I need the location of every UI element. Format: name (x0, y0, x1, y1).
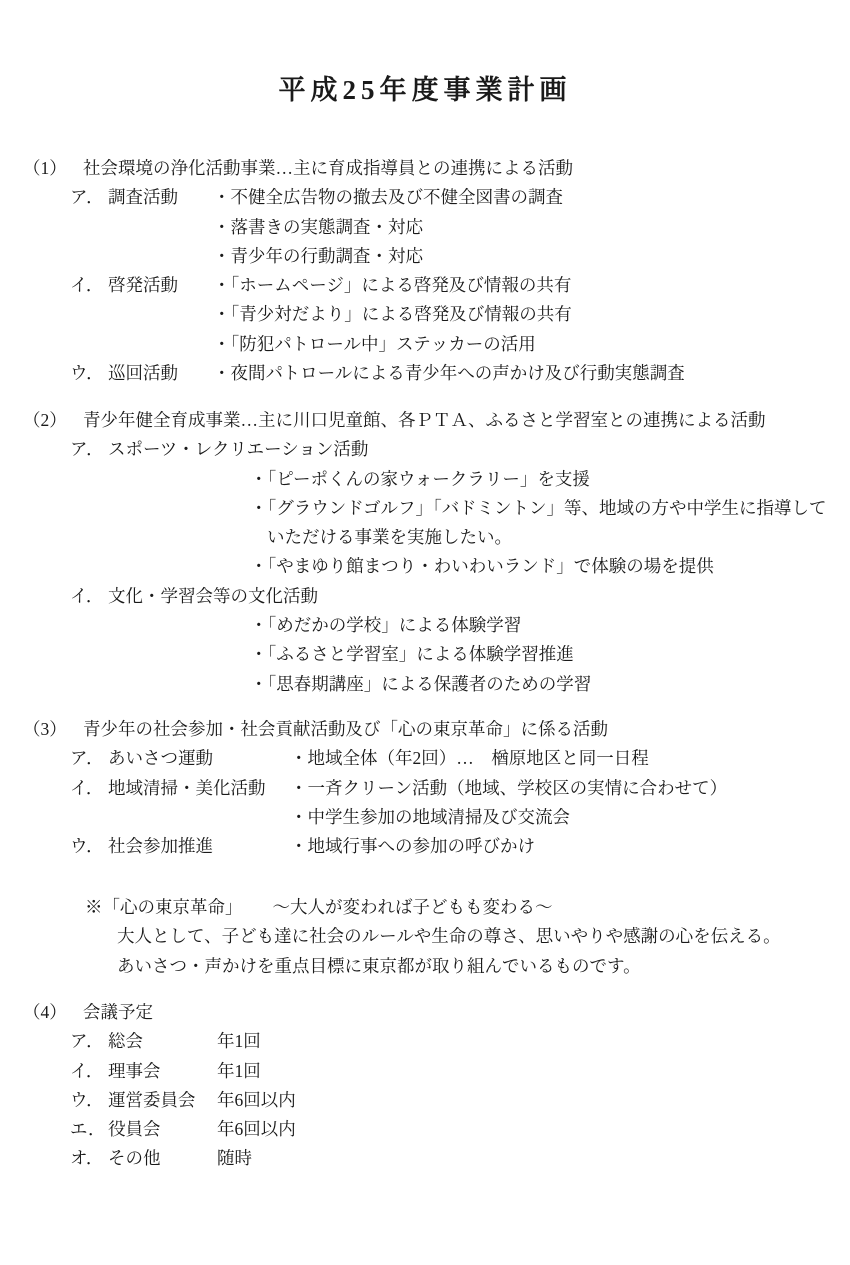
bullet-continuation: いただける事業を実施したい。 (267, 523, 850, 552)
list-item: ア． あいさつ運動 ・地域全体（年2回）… 楢原地区と同一日程 (70, 744, 850, 773)
meeting-frequency: 年6回以内 (217, 1115, 850, 1144)
bullet-item: ・「思春期講座」による保護者のための学習 (250, 670, 850, 699)
bullet-item: ・地域行事への参加の呼びかけ (290, 832, 850, 861)
item-kana: ア． (70, 183, 108, 212)
bullet-item: ・中学生参加の地域清掃及び交流会 (290, 803, 850, 832)
section-social-participation: （3） 青少年の社会参加・社会貢献活動及び「心の東京革命」に係る活動 ア． あい… (0, 715, 850, 861)
section-heading-line: （1） 社会環境の浄化活動事業…主に育成指導員との連携による活動 (0, 154, 850, 183)
list-item: イ． 地域清掃・美化活動 ・一斉クリーン活動（地域、学校区の実情に合わせて） ・… (70, 774, 850, 833)
item-label: 巡回活動 (108, 359, 213, 388)
page-title: 平成25年度事業計画 (0, 68, 850, 107)
list-item: ウ． 社会参加推進 ・地域行事への参加の呼びかけ (70, 832, 850, 861)
item-kana: ウ． (70, 359, 108, 388)
item-label: 調査活動 (108, 183, 213, 212)
item-label: 文化・学習会等の文化活動 (108, 582, 318, 611)
table-row: ウ． 運営委員会 年6回以内 (70, 1086, 850, 1115)
table-row: ア． 総会 年1回 (70, 1027, 850, 1056)
bullet-group: ・不健全広告物の撤去及び不健全図書の調査 ・落書きの実態調査・対応 ・青少年の行… (213, 183, 850, 271)
item-kana: ウ． (70, 832, 108, 861)
item-kana: イ． (70, 774, 108, 803)
section-heading-line: （2） 青少年健全育成事業…主に川口児童館、各ＰＴＡ、ふるさと学習室との連携によ… (0, 406, 850, 435)
bullet-group: ・夜間パトロールによる青少年への声かけ及び行動実態調査 (213, 359, 850, 388)
bullet-item: ・夜間パトロールによる青少年への声かけ及び行動実態調査 (213, 359, 850, 388)
note-title-line: ※「心の東京革命」 ～大人が変われば子どもも変わる～ (85, 893, 850, 922)
meeting-frequency: 年1回 (217, 1057, 850, 1086)
item-kana: オ． (70, 1144, 108, 1173)
item-kana: イ． (70, 582, 108, 611)
bullet-item: ・「ホームページ」による啓発及び情報の共有 (213, 271, 850, 300)
note-marker: ※「心の東京革命」 (85, 893, 243, 922)
table-row: エ． 役員会 年6回以内 (70, 1115, 850, 1144)
bullet-item: ・地域全体（年2回）… 楢原地区と同一日程 (290, 744, 850, 773)
item-label: 地域清掃・美化活動 (108, 774, 290, 803)
meeting-name: 運営委員会 (108, 1086, 217, 1115)
section-youth-development: （2） 青少年健全育成事業…主に川口児童館、各ＰＴＡ、ふるさと学習室との連携によ… (0, 406, 850, 699)
item-kana: ア． (70, 1027, 108, 1056)
bullet-item: ・「ふるさと学習室」による体験学習推進 (250, 640, 850, 669)
meeting-frequency: 随時 (217, 1144, 850, 1173)
item-kana: ア． (70, 435, 108, 464)
item-label: あいさつ運動 (108, 744, 290, 773)
note-body-line: あいさつ・声かけを重点目標に東京都が取り組んでいるものです。 (117, 952, 850, 981)
note-tokyo-kokoro: ※「心の東京革命」 ～大人が変われば子どもも変わる～ 大人として、子ども達に社会… (0, 893, 850, 981)
item-label: スポーツ・レクリエーション活動 (108, 435, 368, 464)
section-heading: 青少年の社会参加・社会貢献活動及び「心の東京革命」に係る活動 (83, 715, 608, 744)
section-number: （1） (23, 154, 83, 183)
meeting-name: 総会 (108, 1027, 217, 1056)
bullet-item: ・「グラウンドゴルフ」「バドミントン」等、地域の方や中学生に指導して (250, 494, 850, 523)
bullet-group: ・一斉クリーン活動（地域、学校区の実情に合わせて） ・中学生参加の地域清掃及び交… (290, 774, 850, 833)
bullet-group: ・地域全体（年2回）… 楢原地区と同一日程 (290, 744, 850, 773)
bullet-item: ・「めだかの学校」による体験学習 (250, 611, 850, 640)
bullet-item: ・一斉クリーン活動（地域、学校区の実情に合わせて） (290, 774, 850, 803)
section-number: （2） (23, 406, 83, 435)
section-heading: 会議予定 (83, 998, 153, 1027)
section-number: （4） (23, 998, 83, 1027)
meeting-name: 理事会 (108, 1057, 217, 1086)
subsection-label-line: ア． スポーツ・レクリエーション活動 (70, 435, 850, 464)
bullet-item: ・不健全広告物の撤去及び不健全図書の調査 (213, 183, 850, 212)
note-body-line: 大人として、子ども達に社会のルールや生命の尊さ、思いやりや感謝の心を伝える。 (117, 922, 850, 951)
bullet-group: ・地域行事への参加の呼びかけ (290, 832, 850, 861)
section-heading: 青少年健全育成事業…主に川口児童館、各ＰＴＡ、ふるさと学習室との連携による活動 (83, 406, 766, 435)
item-kana: ウ． (70, 1086, 108, 1115)
table-row: オ． その他 随時 (70, 1144, 850, 1173)
list-item: ウ． 巡回活動 ・夜間パトロールによる青少年への声かけ及び行動実態調査 (70, 359, 850, 388)
section-social-environment: （1） 社会環境の浄化活動事業…主に育成指導員との連携による活動 ア． 調査活動… (0, 154, 850, 388)
meeting-frequency: 年6回以内 (217, 1086, 850, 1115)
section-heading-line: （3） 青少年の社会参加・社会貢献活動及び「心の東京革命」に係る活動 (0, 715, 850, 744)
item-label: 社会参加推進 (108, 832, 290, 861)
bullet-item: ・「防犯パトロール中」ステッカーの活用 (213, 330, 850, 359)
list-item: ア． 調査活動 ・不健全広告物の撤去及び不健全図書の調査 ・落書きの実態調査・対… (70, 183, 850, 271)
section-number: （3） (23, 715, 83, 744)
item-kana: イ． (70, 271, 108, 300)
bullet-item: ・「ピーポくんの家ウォークラリー」を支援 (250, 465, 850, 494)
section-heading: 社会環境の浄化活動事業…主に育成指導員との連携による活動 (83, 154, 573, 183)
bullet-item: ・落書きの実態調査・対応 (213, 213, 850, 242)
meeting-name: その他 (108, 1144, 217, 1173)
subsection-label-line: イ． 文化・学習会等の文化活動 (70, 582, 850, 611)
bullet-item: ・「青少対だより」による啓発及び情報の共有 (213, 300, 850, 329)
list-item: イ． 啓発活動 ・「ホームページ」による啓発及び情報の共有 ・「青少対だより」に… (70, 271, 850, 359)
item-kana: イ． (70, 1057, 108, 1086)
item-label: 啓発活動 (108, 271, 213, 300)
section-meetings: （4） 会議予定 ア． 総会 年1回 イ． 理事会 年1回 ウ． 運営委員会 年… (0, 998, 850, 1174)
item-kana: ア． (70, 744, 108, 773)
bullet-item: ・青少年の行動調査・対応 (213, 242, 850, 271)
meeting-frequency: 年1回 (217, 1027, 850, 1056)
section-heading-line: （4） 会議予定 (0, 998, 850, 1027)
meeting-name: 役員会 (108, 1115, 217, 1144)
document-page: 平成25年度事業計画 （1） 社会環境の浄化活動事業…主に育成指導員との連携によ… (0, 0, 850, 1265)
table-row: イ． 理事会 年1回 (70, 1057, 850, 1086)
bullet-item: ・「やまゆり館まつり・わいわいランド」で体験の場を提供 (250, 552, 850, 581)
bullet-group: ・「ホームページ」による啓発及び情報の共有 ・「青少対だより」による啓発及び情報… (213, 271, 850, 359)
item-kana: エ． (70, 1115, 108, 1144)
note-slogan: ～大人が変われば子どもも変わる～ (273, 893, 553, 922)
